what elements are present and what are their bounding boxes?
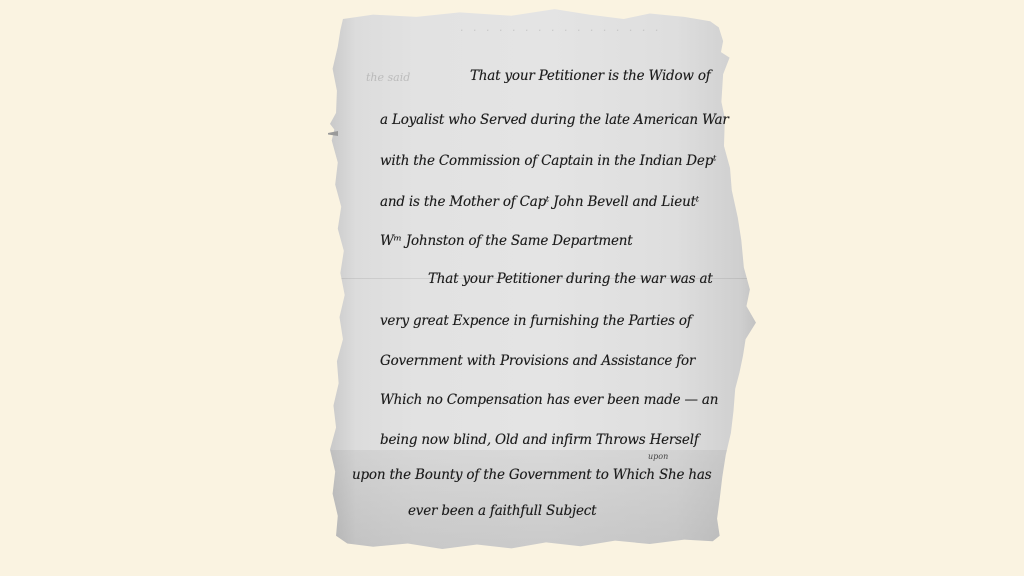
interlinear-insertion: upon xyxy=(648,452,668,461)
manuscript-line-6: That your Petitioner during the war was … xyxy=(428,271,713,287)
manuscript-line-10: being now blind, Old and infirm Throws H… xyxy=(380,432,699,448)
page-background: · · · · · · · · · · · · · · · · the said… xyxy=(0,0,1024,576)
faded-margin-text: the said xyxy=(366,71,410,84)
manuscript-page: · · · · · · · · · · · · · · · · the said… xyxy=(330,8,762,560)
manuscript-line-3: with the Commission of Captain in the In… xyxy=(380,153,716,169)
manuscript-line-4: and is the Mother of Capᵗ John Bevell an… xyxy=(380,194,699,210)
manuscript-line-11: upon the Bounty of the Government to Whi… xyxy=(352,467,712,483)
manuscript-line-8: Government with Provisions and Assistanc… xyxy=(380,353,695,369)
manuscript-line-12: ever been a faithfull Subject xyxy=(408,503,596,519)
paper-fragment xyxy=(328,131,338,136)
manuscript-line-5: Wᵐ Johnston of the Same Department xyxy=(380,233,633,249)
manuscript-line-7: very great Expence in furnishing the Par… xyxy=(380,313,692,329)
manuscript-line-1: That your Petitioner is the Widow of xyxy=(470,68,711,84)
faded-header-text: · · · · · · · · · · · · · · · · xyxy=(460,24,700,34)
manuscript-line-2: a Loyalist who Served during the late Am… xyxy=(380,112,729,128)
manuscript-line-9: Which no Compensation has ever been made… xyxy=(380,392,718,408)
